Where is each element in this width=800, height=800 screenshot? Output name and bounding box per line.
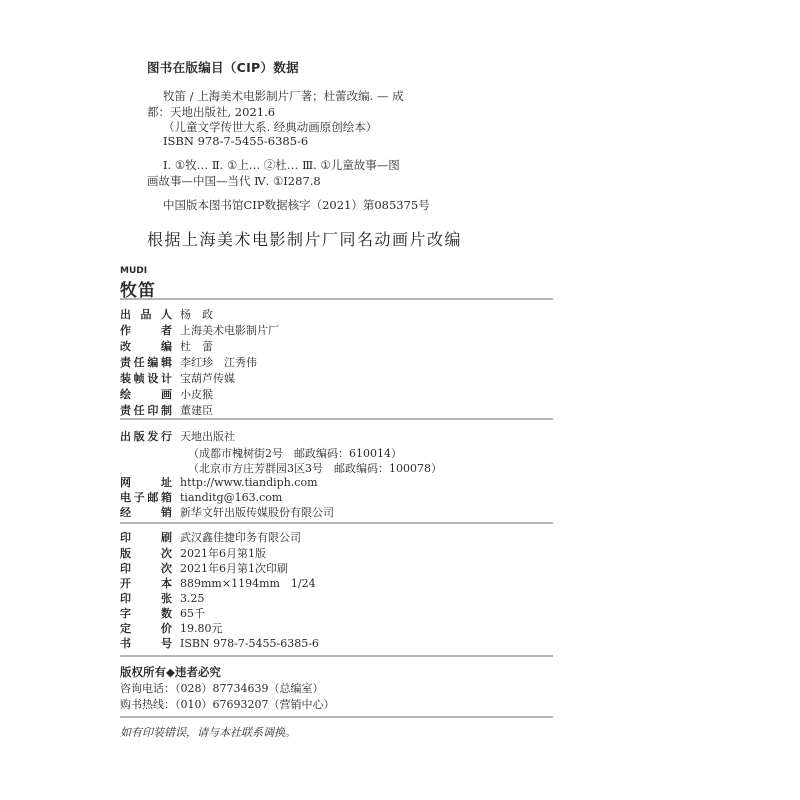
printing-value: 19.80元 bbox=[180, 621, 223, 637]
credit-row: 责任印制董建臣 bbox=[120, 403, 213, 419]
printing-label: 字数 bbox=[120, 606, 172, 622]
distributor-label: 经销 bbox=[120, 505, 172, 521]
credit-value: 杨 政 bbox=[180, 307, 213, 323]
credit-label: 改编 bbox=[120, 339, 172, 355]
printing-value: ISBN 978-7-5455-6385-6 bbox=[180, 636, 319, 652]
credit-row: 绘画小皮猴 bbox=[120, 387, 213, 403]
credit-row: 作者上海美术电影制片厂 bbox=[120, 323, 279, 339]
website-row: 网址http://www.tiandiph.com bbox=[120, 475, 318, 491]
divider-title bbox=[120, 298, 553, 300]
publisher-name: 天地出版社 bbox=[180, 429, 235, 445]
printing-value: 2021年6月第1版 bbox=[180, 546, 266, 562]
printing-row: 印次2021年6月第1次印刷 bbox=[120, 561, 288, 577]
publisher-address-chengdu: （成都市槐树街2号 邮政编码：610014） bbox=[188, 445, 402, 461]
cip-verification: 中国版本图书馆CIP数据核字（2021）第085375号 bbox=[163, 197, 430, 213]
printing-row: 定价19.80元 bbox=[120, 621, 223, 637]
distributor-name: 新华文轩出版传媒股份有限公司 bbox=[180, 505, 334, 521]
printing-label: 印刷 bbox=[120, 530, 172, 546]
printing-row: 开本889mm×1194mm 1/24 bbox=[120, 576, 316, 592]
credit-label: 出品人 bbox=[120, 307, 172, 323]
credit-row: 责任编辑李红珍 江秀伟 bbox=[120, 355, 257, 371]
cip-classification-1: Ⅰ. ①牧… Ⅱ. ①上… ②杜… Ⅲ. ①儿童故事—图 bbox=[163, 157, 400, 173]
printing-value: 2021年6月第1次印刷 bbox=[180, 561, 288, 577]
divider-rights bbox=[120, 716, 553, 718]
credit-row: 出品人杨 政 bbox=[120, 307, 213, 323]
publisher-row: 出版发行天地出版社 bbox=[120, 429, 235, 445]
distributor-row: 经销新华文轩出版传媒股份有限公司 bbox=[120, 505, 334, 521]
credit-value: 杜 蕾 bbox=[180, 339, 213, 355]
rights-notice: 版权所有◆违者必究 bbox=[120, 664, 221, 680]
printing-value: 3.25 bbox=[180, 591, 205, 607]
publisher-label: 出版发行 bbox=[120, 429, 172, 445]
credit-row: 装帧设计宝葫芦传媒 bbox=[120, 371, 235, 387]
printing-row: 字数65千 bbox=[120, 606, 205, 622]
cip-classification-2: 画故事—中国—当代 Ⅳ. ①I287.8 bbox=[147, 173, 321, 189]
credit-value: 李红珍 江秀伟 bbox=[180, 355, 257, 371]
credit-value: 小皮猴 bbox=[180, 387, 213, 403]
divider-publisher bbox=[120, 522, 553, 524]
cip-heading: 图书在版编目（CIP）数据 bbox=[147, 58, 299, 76]
email-link[interactable]: tianditg@163.com bbox=[180, 490, 282, 506]
printing-value: 武汉鑫佳捷印务有限公司 bbox=[180, 530, 301, 546]
credit-value: 上海美术电影制片厂 bbox=[180, 323, 279, 339]
errata-note: 如有印装错误，请与本社联系调换。 bbox=[120, 724, 296, 740]
credit-value: 董建臣 bbox=[180, 403, 213, 419]
divider-printing bbox=[120, 655, 553, 657]
title-pinyin: MUDI bbox=[120, 266, 147, 276]
website-label: 网址 bbox=[120, 475, 172, 491]
credit-label: 绘画 bbox=[120, 387, 172, 403]
printing-label: 印张 bbox=[120, 591, 172, 607]
website-link[interactable]: http://www.tiandiph.com bbox=[180, 475, 318, 491]
printing-row: 印刷武汉鑫佳捷印务有限公司 bbox=[120, 530, 301, 546]
credit-label: 作者 bbox=[120, 323, 172, 339]
printing-row: 版次2021年6月第1版 bbox=[120, 546, 266, 562]
publisher-address-beijing: （北京市方庄芳群园3区3号 邮政编码：100078） bbox=[188, 460, 442, 476]
adaptation-note: 根据上海美术电影制片厂同名动画片改编 bbox=[147, 227, 462, 250]
printing-row: 印张3.25 bbox=[120, 591, 205, 607]
cip-line-2: 都：天地出版社, 2021.6 bbox=[147, 104, 275, 120]
cip-line-1: 牧笛 / 上海美术电影制片厂著；杜蕾改编. — 成 bbox=[163, 88, 404, 104]
printing-label: 版次 bbox=[120, 546, 172, 562]
cip-isbn: ISBN 978-7-5455-6385-6 bbox=[163, 134, 308, 148]
printing-label: 书号 bbox=[120, 636, 172, 652]
phone-sales: 购书热线：（010）67693207（营销中心） bbox=[120, 696, 334, 712]
printing-label: 开本 bbox=[120, 576, 172, 592]
printing-label: 印次 bbox=[120, 561, 172, 577]
divider-credits bbox=[120, 418, 553, 420]
credit-value: 宝葫芦传媒 bbox=[180, 371, 235, 387]
email-label: 电子邮箱 bbox=[120, 490, 172, 506]
printing-label: 定价 bbox=[120, 621, 172, 637]
printing-row: 书号ISBN 978-7-5455-6385-6 bbox=[120, 636, 319, 652]
cip-line-3: （儿童文学传世大系. 经典动画原创绘本） bbox=[163, 119, 377, 135]
printing-value: 889mm×1194mm 1/24 bbox=[180, 576, 316, 592]
email-row: 电子邮箱tianditg@163.com bbox=[120, 490, 282, 506]
credit-label: 责任编辑 bbox=[120, 355, 172, 371]
credit-label: 责任印制 bbox=[120, 403, 172, 419]
phone-consult: 咨询电话：（028）87734639（总编室） bbox=[120, 680, 323, 696]
credit-label: 装帧设计 bbox=[120, 371, 172, 387]
printing-value: 65千 bbox=[180, 606, 205, 622]
credit-row: 改编杜 蕾 bbox=[120, 339, 213, 355]
